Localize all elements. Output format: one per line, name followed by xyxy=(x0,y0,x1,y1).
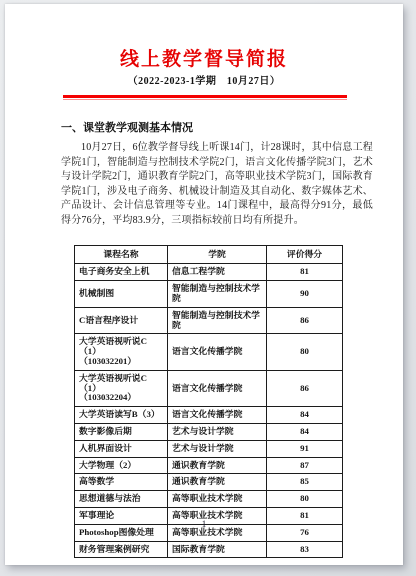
body-paragraph: 10月27日，6位教学督导线上听课14门，计28课时，其中信息工程学院1门，智能… xyxy=(61,141,373,229)
course-name-cell: 大学英语视听说C（1） （103032201） xyxy=(75,334,168,370)
college-cell: 高等职业技术学院 xyxy=(168,491,267,508)
score-cell: 90 xyxy=(267,281,343,308)
course-name-cell: 电子商务安全上机 xyxy=(75,264,168,281)
college-cell: 信息工程学院 xyxy=(168,264,267,281)
score-cell: 80 xyxy=(267,334,343,370)
table-row: 大学英语视听说C（1） （103032204） 语言文化传播学院 86 xyxy=(75,370,343,406)
score-cell: 86 xyxy=(267,370,343,406)
course-name-cell: 财务管理案例研究 xyxy=(75,541,168,558)
score-cell: 80 xyxy=(267,491,343,508)
table-header-row: 课程名称 学院 评价得分 xyxy=(75,245,343,264)
score-cell: 85 xyxy=(267,474,343,491)
header-divider xyxy=(63,95,347,100)
course-name-cell: 机械制图 xyxy=(75,281,168,308)
course-name-cell: C语言程序设计 xyxy=(75,307,168,334)
college-cell: 通识教育学院 xyxy=(168,474,267,491)
college-cell: 语言文化传播学院 xyxy=(168,334,267,370)
document-subtitle: （2022-2023-1学期 10月27日） xyxy=(5,75,403,89)
score-cell: 86 xyxy=(267,307,343,334)
table-row: 机械制图 智能制造与控制技术学院 90 xyxy=(75,281,343,308)
column-header-course-name: 课程名称 xyxy=(75,245,168,264)
header-divider-thin-line xyxy=(63,99,347,100)
table-row: 大学英语读写B（3） 语言文化传播学院 84 xyxy=(75,407,343,424)
college-cell: 艺术与设计学院 xyxy=(168,440,267,457)
table-row: 大学物理（2） 通识教育学院 87 xyxy=(75,457,343,474)
column-header-score: 评价得分 xyxy=(267,245,343,264)
college-cell: 语言文化传播学院 xyxy=(168,370,267,406)
course-name-cell: 数字影像后期 xyxy=(75,423,168,440)
table-row: 财务管理案例研究 国际教育学院 83 xyxy=(75,541,343,558)
page-number: 1 xyxy=(5,519,403,529)
course-name-cell: 大学英语读写B（3） xyxy=(75,407,168,424)
table-row: 思想道德与法治 高等职业技术学院 80 xyxy=(75,491,343,508)
college-cell: 通识教育学院 xyxy=(168,457,267,474)
score-cell: 81 xyxy=(267,264,343,281)
college-cell: 智能制造与控制技术学院 xyxy=(168,281,267,308)
course-name-cell: 高等数学 xyxy=(75,474,168,491)
course-score-table: 课程名称 学院 评价得分 电子商务安全上机 信息工程学院 81 机械制图 智能制… xyxy=(74,245,343,559)
table-row: 人机界面设计 艺术与设计学院 91 xyxy=(75,440,343,457)
document-title: 线上教学督导简报 xyxy=(5,4,403,72)
table-row: 大学英语视听说C（1） （103032201） 语言文化传播学院 80 xyxy=(75,334,343,370)
course-name-cell: 思想道德与法治 xyxy=(75,491,168,508)
score-cell: 91 xyxy=(267,440,343,457)
document-viewer-background: 线上教学督导简报 （2022-2023-1学期 10月27日） 一、课堂教学观测… xyxy=(0,0,416,576)
score-cell: 84 xyxy=(267,423,343,440)
college-cell: 国际教育学院 xyxy=(168,541,267,558)
header-divider-thick-line xyxy=(63,95,347,98)
course-name-cell: 大学物理（2） xyxy=(75,457,168,474)
table-row: 高等数学 通识教育学院 85 xyxy=(75,474,343,491)
section-heading: 一、课堂教学观测基本情况 xyxy=(61,121,373,135)
table-row: 数字影像后期 艺术与设计学院 84 xyxy=(75,423,343,440)
college-cell: 智能制造与控制技术学院 xyxy=(168,307,267,334)
score-cell: 84 xyxy=(267,407,343,424)
table-row: C语言程序设计 智能制造与控制技术学院 86 xyxy=(75,307,343,334)
course-name-cell: 人机界面设计 xyxy=(75,440,168,457)
score-cell: 87 xyxy=(267,457,343,474)
document-page: 线上教学督导简报 （2022-2023-1学期 10月27日） 一、课堂教学观测… xyxy=(5,4,403,565)
college-cell: 艺术与设计学院 xyxy=(168,423,267,440)
table-row: 电子商务安全上机 信息工程学院 81 xyxy=(75,264,343,281)
score-cell: 83 xyxy=(267,541,343,558)
college-cell: 语言文化传播学院 xyxy=(168,407,267,424)
course-name-cell: 大学英语视听说C（1） （103032204） xyxy=(75,370,168,406)
column-header-college: 学院 xyxy=(168,245,267,264)
